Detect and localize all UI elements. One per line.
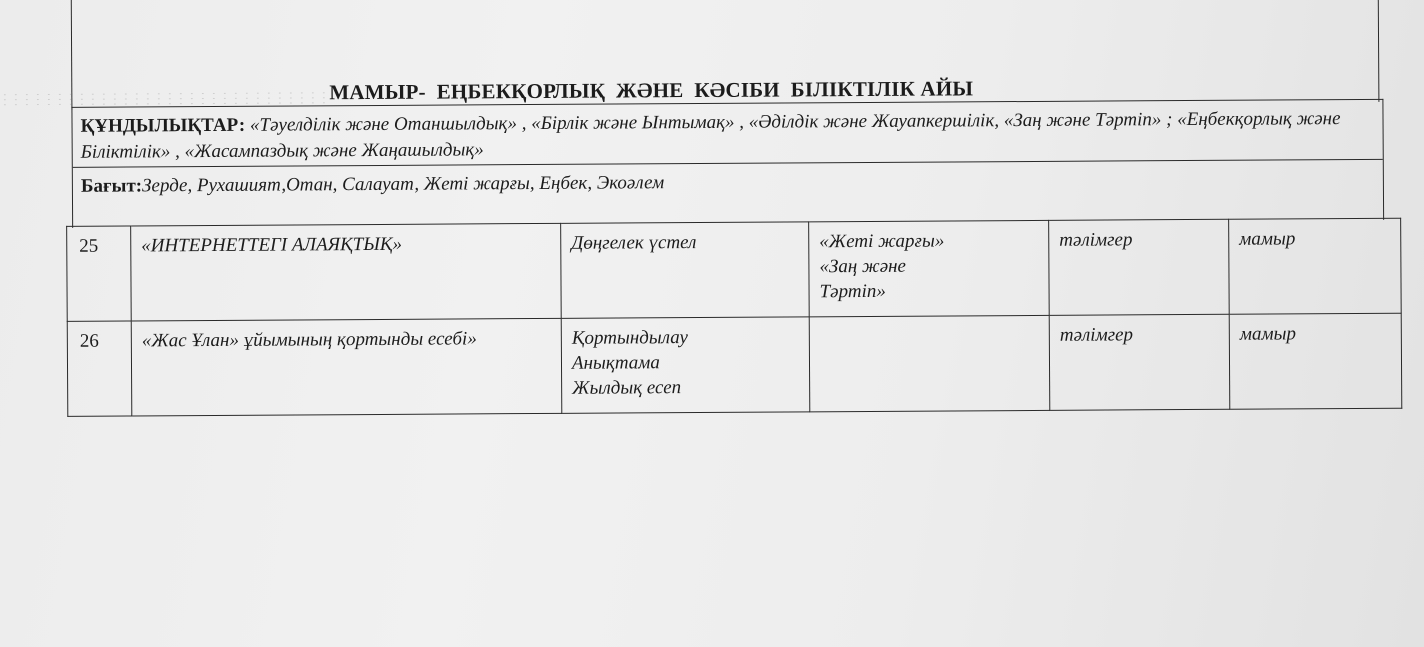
table-row: 26 «Жас Ұлан» ұйымының қортынды есебі» Қ…: [67, 313, 1402, 416]
form-line: Қортындылау: [572, 324, 799, 350]
direction-line: «Заң және: [819, 253, 1038, 279]
direction-line: Тәртіп»: [819, 278, 1038, 304]
plan-table: 25 «ИНТЕРНЕТТЕГІ АЛАЯҚТЫҚ» Дөңгелек үсте…: [66, 218, 1402, 417]
event-deadline: мамыр: [1229, 218, 1402, 314]
event-direction: «Жеті жарғы» «Заң және Тәртіп»: [809, 220, 1050, 316]
event-form: Қортындылау Анықтама Жылдық есеп: [561, 317, 810, 414]
direction-label: Бағыт:: [81, 175, 142, 196]
event-responsible: тәлімгер: [1049, 219, 1230, 315]
event-deadline: мамыр: [1229, 313, 1402, 409]
table-row: 25 «ИНТЕРНЕТТЕГІ АЛАЯҚТЫҚ» Дөңгелек үсте…: [67, 218, 1402, 321]
document-page: МАМЫР- ЕҢБЕКҚОРЛЫҚ ЖӘНЕ КӘСІБИ БІЛІКТІЛІ…: [0, 0, 1424, 647]
form-line: Жылдық есеп: [572, 374, 799, 400]
print-speckle: [0, 90, 329, 106]
form-line: Дөңгелек үстел: [571, 229, 798, 255]
direction-line: «Жеті жарғы»: [819, 228, 1038, 254]
values-label: ҚҰНДЫЛЫҚТАР:: [80, 115, 245, 137]
values-section: ҚҰНДЫЛЫҚТАР: «Тәуелділік және Отаншылдық…: [72, 100, 1382, 168]
row-number: 25: [67, 226, 132, 321]
row-number: 26: [67, 321, 132, 416]
direction-text: Зерде, Рухашият,Отан, Салауат, Жеті жарғ…: [142, 172, 664, 196]
direction-section: Бағыт:Зерде, Рухашият,Отан, Салауат, Жет…: [73, 160, 1383, 228]
event-name: «Жас Ұлан» ұйымының қортынды есебі»: [131, 318, 562, 416]
form-line: Анықтама: [572, 349, 799, 375]
event-name: «ИНТЕРНЕТТЕГІ АЛАЯҚТЫҚ»: [131, 223, 562, 321]
event-form: Дөңгелек үстел: [561, 222, 810, 319]
info-block: ҚҰНДЫЛЫҚТАР: «Тәуелділік және Отаншылдық…: [71, 99, 1384, 228]
values-text: «Тәуелділік және Отаншылдық» , «Бірлік ж…: [81, 108, 1341, 163]
event-direction: [809, 315, 1050, 411]
event-responsible: тәлімгер: [1049, 314, 1230, 410]
